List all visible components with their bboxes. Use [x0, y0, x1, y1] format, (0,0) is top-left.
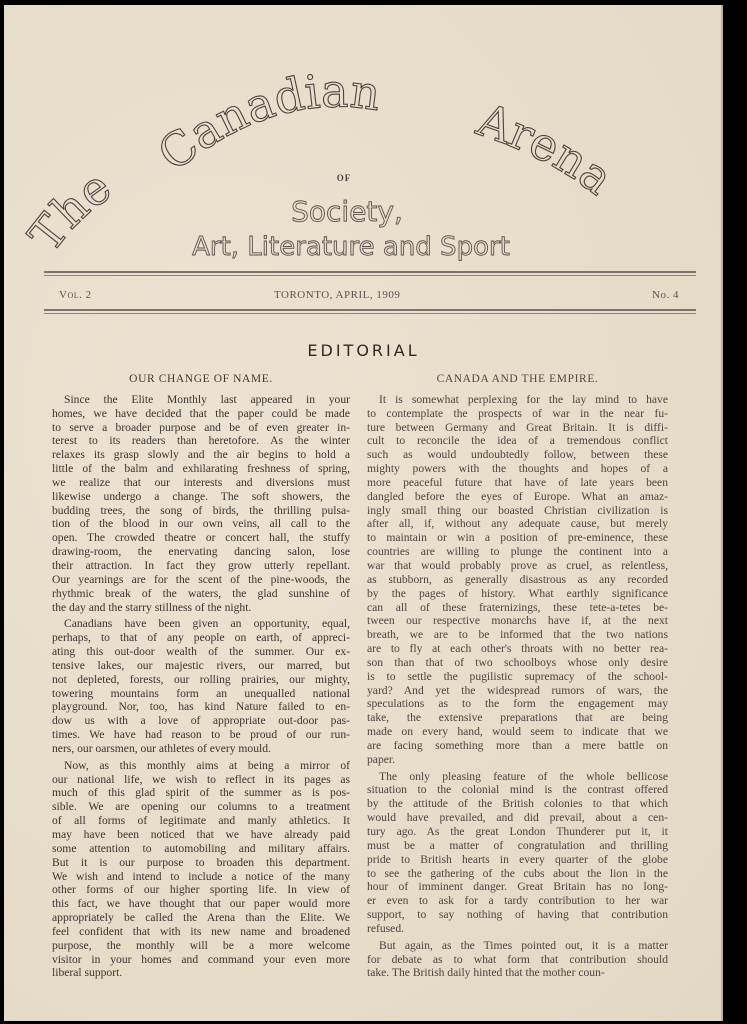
left-column-article: OUR CHANGE OF NAME. Since the Elite Mont… [52, 373, 350, 983]
text-line: to contemplate the prospects of war in t… [367, 407, 668, 421]
text-line: dangled before the eyes of Europe. What … [367, 490, 668, 504]
text-line: ating this out-door wealth of the summer… [52, 645, 350, 659]
text-line: drawing-room, the enervating dancing sal… [52, 545, 350, 559]
volume-label: Vol. 2 [59, 289, 92, 301]
text-line: But it is our purpose to broaden this de… [52, 856, 350, 870]
text-line: to maintain or win a position of pre-emi… [367, 531, 668, 545]
text-line: made on every hand, would seem to indica… [367, 725, 668, 739]
text-line: yard? And yet the widespread rumors of w… [367, 684, 668, 698]
text-line: after all, if, without any adequate caus… [367, 517, 668, 531]
magazine-page: The Canadian Arena OF Society, Art, Lite… [4, 5, 723, 1021]
text-line: liberal support. [52, 966, 350, 980]
text-line: Since the Elite Monthly last appeared in… [52, 393, 350, 407]
article-paragraph: The only pleasing feature of the whole b… [367, 770, 668, 936]
section-title: EDITORIAL [4, 341, 723, 360]
text-line: are facing something more than a mere ba… [367, 739, 668, 753]
text-line: may have been noticed that we have alrea… [52, 828, 350, 842]
article-heading: CANADA AND THE EMPIRE. [367, 373, 668, 387]
text-line: countries are willing to plunge the cont… [367, 545, 668, 559]
text-line: rhythmic break of the waters, the glad s… [52, 587, 350, 601]
text-line: But again, as the Times pointed out, it … [367, 939, 668, 953]
text-line: our national life, we wish to reflect in… [52, 773, 350, 787]
article-paragraph: Canadians have been given an opportunity… [52, 617, 350, 755]
text-line: take. The British daily hinted that the … [367, 966, 668, 980]
text-line: tensive lakes, our majestic rivers, our … [52, 659, 350, 673]
title-canadian: Canadian [148, 64, 384, 182]
text-line: Our yearnings are for the scent of the p… [52, 573, 350, 587]
text-line: situation to the colonial mind is the co… [367, 783, 668, 797]
text-line: are to fly at each other's throats with … [367, 642, 668, 656]
text-line: some attention to automobiling and milit… [52, 842, 350, 856]
place-date: TORONTO, APRIL, 1909 [274, 289, 400, 301]
top-double-rule [44, 271, 696, 273]
text-line: hour of imminent danger. Great Britain h… [367, 880, 668, 894]
text-line: ingly small thing our boasted Christian … [367, 504, 668, 518]
article-paragraph: Since the Elite Monthly last appeared in… [52, 393, 350, 615]
text-line: appropriately be called the Arena than t… [52, 911, 350, 925]
text-line: for debate as to what form that contribu… [367, 953, 668, 967]
text-line: to see the gathering of the cubs about t… [367, 867, 668, 881]
text-line: to serve a broader purpose and be of eve… [52, 421, 350, 435]
text-line: more peaceful future that have of late y… [367, 476, 668, 490]
text-line: likewise undergo a change. The soft show… [52, 490, 350, 504]
text-line: by the attitude of the British colonies … [367, 797, 668, 811]
bottom-rule-thin [44, 313, 696, 314]
text-line: son than that of two schoolboys whose on… [367, 656, 668, 670]
text-line: the day and the starry stillness of the … [52, 601, 350, 615]
text-line: much of this glad spirit of the summer a… [52, 786, 350, 800]
text-line: speculations as to the form the engageme… [367, 697, 668, 711]
text-line: playground. Nor, too, has kind Nature fa… [52, 700, 350, 714]
text-line: ners, our oarsmen, our athletes of every… [52, 742, 350, 756]
text-line: by the pages of history. What earthly si… [367, 587, 668, 601]
text-line: war that would probably prove as cruel, … [367, 559, 668, 573]
text-line: visitor in your homes and command your e… [52, 953, 350, 967]
text-line: mighty powers with the thoughts and hope… [367, 462, 668, 476]
text-line: this fact, we have thought that our pape… [52, 897, 350, 911]
article-paragraph: It is somewhat perplexing for the lay mi… [367, 393, 668, 767]
title-the: The [18, 159, 121, 261]
masthead-title-art: The Canadian Arena OF Society, Art, Lite… [4, 5, 723, 265]
article-paragraph: Now, as this monthly aims at being a mir… [52, 759, 350, 981]
subtitle-society: Society, [291, 195, 403, 228]
text-line: sible. We are opening our columns to a t… [52, 800, 350, 814]
text-line: must be a matter of congratulation and t… [367, 839, 668, 853]
text-line: purpose, the monthly will be a more welc… [52, 939, 350, 953]
top-rule-thin [44, 275, 696, 276]
text-line: relaxes its grasp slowly and the air beg… [52, 448, 350, 462]
text-line: er even to ask for a tardy contribution … [367, 894, 668, 908]
article-paragraph: But again, as the Times pointed out, it … [367, 939, 668, 981]
text-line: terest to its readers than heretofore. A… [52, 434, 350, 448]
text-line: tion of the blood in our own veins, all … [52, 517, 350, 531]
text-line: take, the extensive preparations that ar… [367, 711, 668, 725]
text-line: times. We have had reason to be proud of… [52, 728, 350, 742]
text-line: tween our respective monarchs have if, a… [367, 614, 668, 628]
text-line: such as would undoubtedly follow, betwee… [367, 448, 668, 462]
text-line: homes, we have decided that the paper co… [52, 407, 350, 421]
text-line: budding trees, the song of birds, the th… [52, 504, 350, 518]
text-line: little of the balm and exhilarating fres… [52, 462, 350, 476]
text-line: perhaps, to that of any people on earth,… [52, 631, 350, 645]
text-line: Now, as this monthly aims at being a mir… [52, 759, 350, 773]
text-line: dow us with a love of appropriate out-do… [52, 714, 350, 728]
text-line: It is somewhat perplexing for the lay mi… [367, 393, 668, 407]
bottom-double-rule [44, 309, 696, 311]
text-line: open. The crowded theatre or concert hal… [52, 531, 350, 545]
text-line: as stubborn, as generally disastrous as … [367, 573, 668, 587]
masthead: The Canadian Arena OF Society, Art, Lite… [4, 5, 723, 265]
dateline: Vol. 2 TORONTO, APRIL, 1909 No. 4 [59, 289, 679, 305]
right-column-article: CANADA AND THE EMPIRE. It is somewhat pe… [367, 373, 668, 983]
text-line: Canadians have been given an opportunity… [52, 617, 350, 631]
subtitle-art-literature-sport: Art, Literature and Sport [192, 232, 510, 262]
text-line: feel confident that with its new name an… [52, 925, 350, 939]
text-line: towering mountains form an unequalled na… [52, 687, 350, 701]
text-line: breath, we are to be informed that the t… [367, 628, 668, 642]
text-line: not depleted, forests, our rolling prair… [52, 673, 350, 687]
text-line: support, to say nothing of having that c… [367, 908, 668, 922]
text-line: cult to reconcile the idea of a tremendo… [367, 434, 668, 448]
text-line: refused. [367, 922, 668, 936]
text-line: can all of these fraternizings, these te… [367, 601, 668, 615]
title-arena: Arena [470, 92, 624, 205]
issue-number: No. 4 [652, 289, 679, 301]
text-line: of all forms of legitimate and manly ath… [52, 814, 350, 828]
article-heading: OUR CHANGE OF NAME. [52, 373, 350, 387]
text-line: would have prevailed, and did prevail, a… [367, 811, 668, 825]
text-line: The only pleasing feature of the whole b… [367, 770, 668, 784]
title-of: OF [337, 173, 352, 183]
text-line: We wish and intend to include a notice o… [52, 870, 350, 884]
text-line: tury ago. As the great London Thunderer … [367, 825, 668, 839]
text-line: is to settle the pugilistic supremacy of… [367, 670, 668, 684]
text-line: paper. [367, 753, 668, 767]
text-line: their attraction. In fact they grow utte… [52, 559, 350, 573]
text-line: we realize that our interests and divers… [52, 476, 350, 490]
text-line: other forms of our higher sporting life.… [52, 883, 350, 897]
text-line: pride to British hearts in every quarter… [367, 853, 668, 867]
text-line: ture between Germany and Great Britain. … [367, 421, 668, 435]
